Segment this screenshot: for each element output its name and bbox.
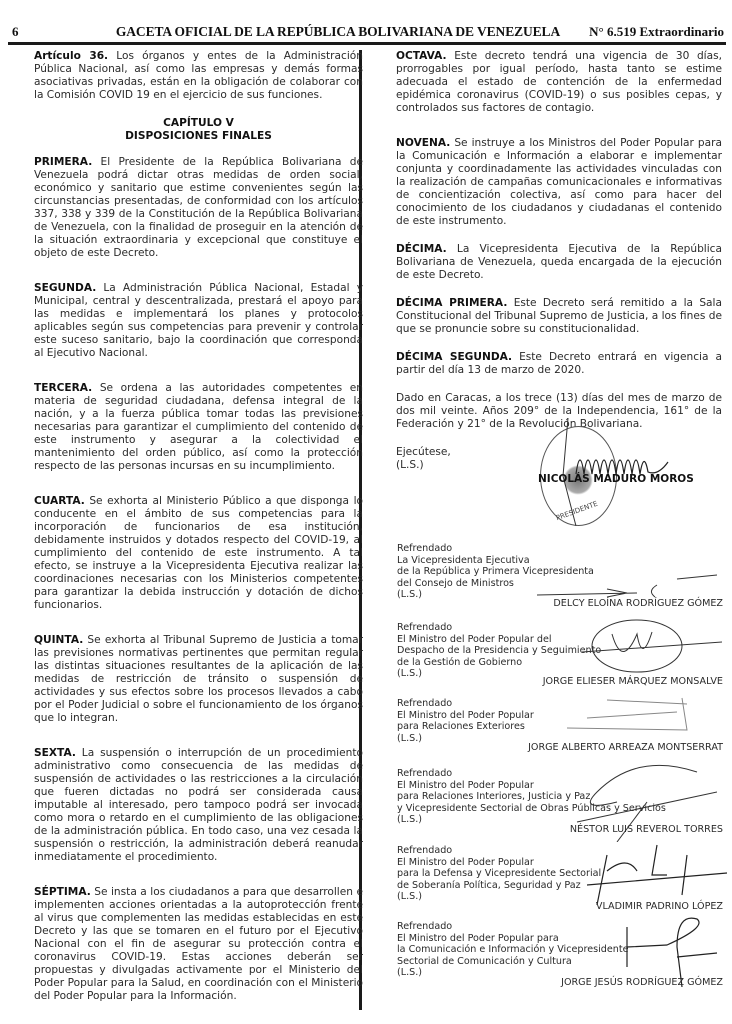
refrendo-6: Refrendado El Ministro del Poder Popular… bbox=[397, 921, 727, 979]
signature-icon bbox=[567, 690, 717, 740]
signature-icon bbox=[537, 571, 717, 601]
chapter-number: CAPÍTULO V bbox=[34, 117, 363, 130]
disposition-decima: DÉCIMA. La Vicepresidenta Ejecutiva de l… bbox=[396, 243, 722, 282]
signatory-name: DELCY ELOÍNA RODRÍGUEZ GÓMEZ bbox=[553, 598, 723, 610]
page-number: 6 bbox=[12, 24, 19, 40]
refrendo-4: Refrendado El Ministro del Poder Popular… bbox=[397, 768, 727, 826]
signature-icon bbox=[587, 835, 727, 905]
president-signature-block: PRESIDENTE bbox=[528, 416, 728, 526]
disposition-segunda: SEGUNDA. La Administración Pública Nacio… bbox=[34, 282, 363, 360]
right-column: OCTAVA. Este decreto tendrá una vigencia… bbox=[396, 50, 722, 472]
disposition-sexta: SEXTA. La suspensión o interrupción de u… bbox=[34, 747, 363, 864]
refrendo-5: Refrendado El Ministro del Poder Popular… bbox=[397, 845, 727, 903]
refrendo-1: Refrendado La Vicepresidenta Ejecutiva d… bbox=[397, 543, 727, 601]
disposition-novena: NOVENA. Se instruye a los Ministros del … bbox=[396, 137, 722, 228]
chapter-heading: CAPÍTULO V DISPOSICIONES FINALES bbox=[34, 117, 363, 143]
signatory-name: VLADIMIR PADRINO LÓPEZ bbox=[596, 901, 723, 913]
chapter-title: DISPOSICIONES FINALES bbox=[34, 130, 363, 143]
disposition-cuarta: CUARTA. Se exhorta al Ministerio Público… bbox=[34, 495, 363, 612]
disposition-decima-primera: DÉCIMA PRIMERA. Este Decreto será remiti… bbox=[396, 297, 722, 336]
disposition-septima: SÉPTIMA. Se insta a los ciudadanos a par… bbox=[34, 886, 363, 1003]
disposition-tercera: TERCERA. Se ordena a las autoridades com… bbox=[34, 382, 363, 473]
disposition-octava: OCTAVA. Este decreto tendrá una vigencia… bbox=[396, 50, 722, 115]
disposition-quinta: QUINTA. Se exhorta al Tribunal Supremo d… bbox=[34, 634, 363, 725]
header-rule bbox=[8, 42, 726, 45]
issue-number: N° 6.519 Extraordinario bbox=[589, 24, 724, 40]
disposition-primera: PRIMERA. El Presidente de la República B… bbox=[34, 156, 363, 260]
article-36: Artículo 36. Los órganos y entes de la A… bbox=[34, 50, 363, 102]
president-signature-icon bbox=[528, 416, 728, 526]
refrendo-3: Refrendado El Ministro del Poder Popular… bbox=[397, 698, 727, 744]
left-column: Artículo 36. Los órganos y entes de la A… bbox=[34, 50, 363, 1018]
signatory-name: JORGE JESÚS RODRÍGUEZ GÓMEZ bbox=[561, 977, 723, 989]
signatory-name: JORGE ELIESER MÁRQUEZ MONSALVE bbox=[543, 676, 723, 688]
signature-icon bbox=[582, 614, 722, 679]
gazette-title: GACETA OFICIAL DE LA REPÚBLICA BOLIVARIA… bbox=[78, 24, 598, 40]
gazette-header: 6 GACETA OFICIAL DE LA REPÚBLICA BOLIVAR… bbox=[8, 24, 726, 42]
signatory-name: NÉSTOR LUIS REVEROL TORRES bbox=[570, 824, 723, 836]
refrendo-2: Refrendado El Ministro del Poder Popular… bbox=[397, 622, 727, 680]
disposition-decima-segunda: DÉCIMA SEGUNDA. Este Decreto entrará en … bbox=[396, 351, 722, 377]
signatory-name: JORGE ALBERTO ARREAZA MONTSERRAT bbox=[528, 742, 723, 754]
president-name: NICOLÁS MADURO MOROS bbox=[538, 473, 694, 485]
